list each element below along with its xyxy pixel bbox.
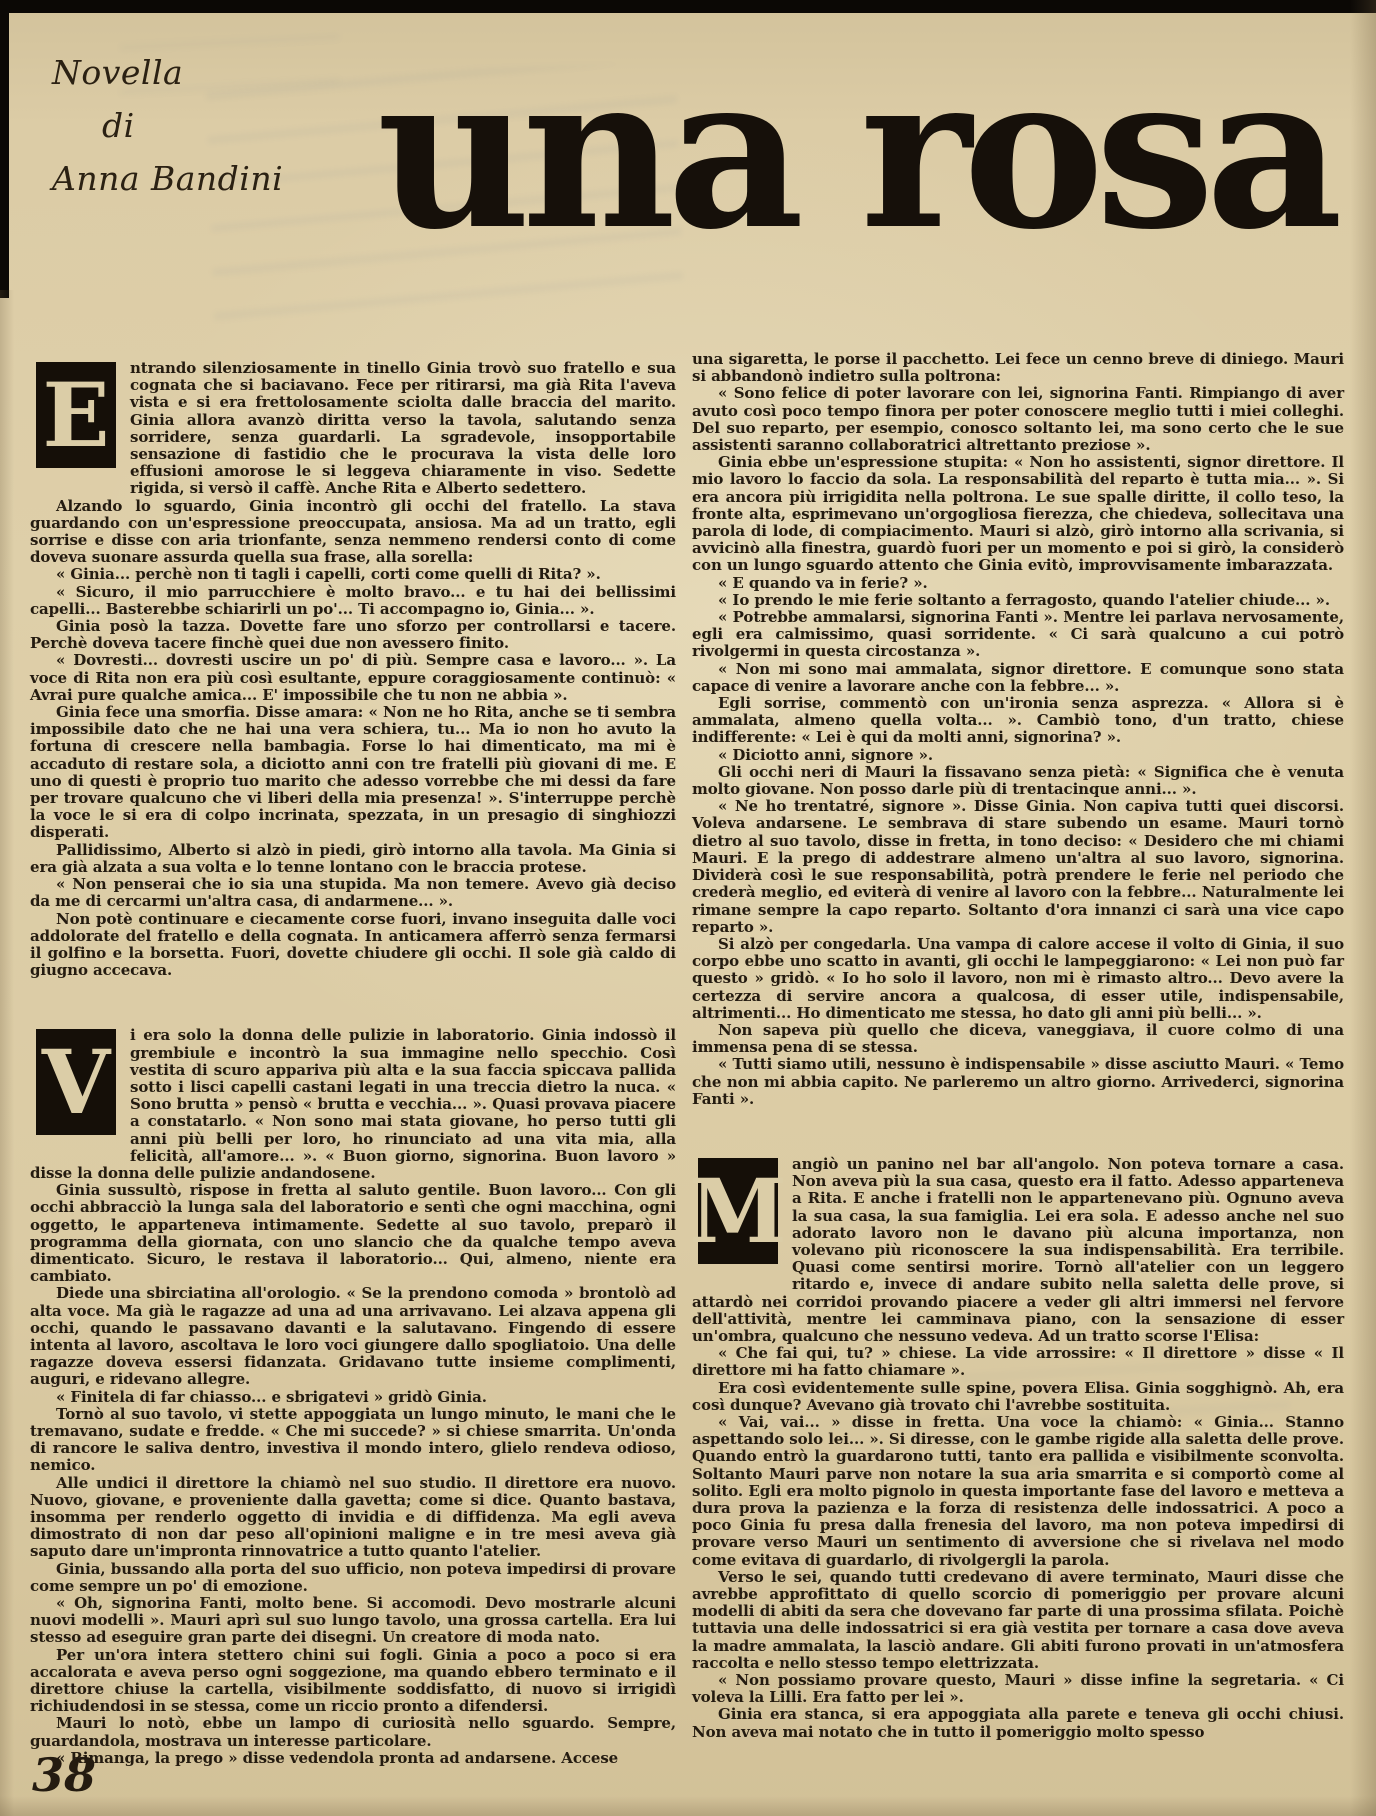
kicker-line: Novella <box>52 46 283 99</box>
paragraph: Gli occhi neri di Mauri la fissavano sen… <box>692 764 1344 798</box>
kicker-line: Anna Bandini <box>52 152 283 205</box>
paragraph: « Diciotto anni, signore ». <box>692 747 1344 764</box>
paragraph: Pallidissimo, Alberto si alzò in piedi, … <box>30 842 676 876</box>
paragraph: Mauri lo notò, ebbe un lampo di curiosit… <box>30 1715 676 1749</box>
story-section: Entrando silenziosamente in tinello Gini… <box>30 360 676 979</box>
paragraph: Ginia sussultò, rispose in fretta al sal… <box>30 1182 676 1285</box>
paragraph: « Oh, signorina Fanti, molto bene. Si ac… <box>30 1595 676 1647</box>
paragraph: « Ginia... perchè non ti tagli i capelli… <box>30 566 676 583</box>
drop-cap: V <box>30 1027 130 1148</box>
text-column-left: Entrando silenziosamente in tinello Gini… <box>30 360 676 1767</box>
drop-cap: E <box>30 360 130 481</box>
paragraph: Non sapeva più quello che diceva, vanegg… <box>692 1022 1344 1056</box>
paragraph: una sigaretta, le porse il pacchetto. Le… <box>692 351 1344 385</box>
paragraph: Diede una sbirciatina all'orologio. « Se… <box>30 1285 676 1388</box>
paragraph: « Io prendo le mie ferie soltanto a ferr… <box>692 592 1344 609</box>
paragraph: « Potrebbe ammalarsi, signorina Fanti ».… <box>692 609 1344 661</box>
magazine-page: Novella di Anna Bandini una rosa Entrand… <box>0 0 1376 1816</box>
page-number: 38 <box>32 1748 96 1802</box>
scan-right-shadow <box>1350 0 1376 1816</box>
story-section: Mangiò un panino nel bar all'angolo. Non… <box>692 1156 1344 1741</box>
paragraph: « Tutti siamo utili, nessuno è indispens… <box>692 1056 1344 1108</box>
story-title: una rosa <box>377 46 1334 258</box>
kicker-line: di <box>102 99 283 152</box>
paragraph: Alzando lo sguardo, Ginia incontrò gli o… <box>30 498 676 567</box>
paragraph: Ginia, bussando alla porta del suo uffic… <box>30 1561 676 1595</box>
drop-cap-letter: M <box>698 1158 778 1264</box>
drop-cap-letter: V <box>36 1029 116 1135</box>
paragraph: « Sono felice di poter lavorare con lei,… <box>692 385 1344 454</box>
story-section: una sigaretta, le porse il pacchetto. Le… <box>692 351 1344 1108</box>
paragraph: Ginia fece una smorfia. Disse amara: « N… <box>30 704 676 842</box>
paragraph: Non potè continuare e ciecamente corse f… <box>30 911 676 980</box>
paragraph: « Non possiamo provare questo, Mauri » d… <box>692 1672 1344 1706</box>
paragraph: « Ne ho trentatré, signore ». Disse Gini… <box>692 798 1344 936</box>
paragraph: Ginia era stanca, si era appoggiata alla… <box>692 1706 1344 1740</box>
paragraph: « Vai, vai... » disse in fretta. Una voc… <box>692 1414 1344 1569</box>
paragraph: « Sicuro, il mio parrucchiere è molto br… <box>30 584 676 618</box>
paragraph: Verso le sei, quando tutti credevano di … <box>692 1569 1344 1672</box>
paragraph: Si alzò per congedarla. Una vampa di cal… <box>692 936 1344 1022</box>
paragraph: « Finitela di far chiasso... e sbrigatev… <box>30 1389 676 1406</box>
paragraph: « Rimanga, la prego » disse vedendola pr… <box>30 1750 676 1767</box>
paragraph: Alle undici il direttore la chiamò nel s… <box>30 1475 676 1561</box>
story-kicker: Novella di Anna Bandini <box>52 46 283 205</box>
scan-left-edge <box>0 0 9 298</box>
text-column-right: una sigaretta, le porse il pacchetto. Le… <box>692 351 1344 1741</box>
drop-cap-letter: E <box>36 362 116 468</box>
scan-bottom-shadow <box>0 1796 1376 1816</box>
paragraph: Era così evidentemente sulle spine, pove… <box>692 1380 1344 1414</box>
story-section: Vi era solo la donna delle pulizie in la… <box>30 1027 676 1767</box>
paragraph: Per un'ora intera stettero chini sui fog… <box>30 1647 676 1716</box>
paragraph: Egli sorrise, commentò con un'ironia sen… <box>692 695 1344 747</box>
paragraph: « E quando va in ferie? ». <box>692 575 1344 592</box>
paragraph: Ginia ebbe un'espressione stupita: « Non… <box>692 454 1344 574</box>
paragraph: « Dovresti... dovresti uscire un po' di … <box>30 652 676 704</box>
drop-cap: M <box>692 1156 792 1277</box>
paragraph: Ginia posò la tazza. Dovette fare uno sf… <box>30 618 676 652</box>
paragraph: « Non penserai che io sia una stupida. M… <box>30 876 676 910</box>
scan-top-edge <box>0 0 1376 13</box>
scan-left-shadow <box>0 290 14 1816</box>
paragraph: « Che fai qui, tu? » chiese. La vide arr… <box>692 1345 1344 1379</box>
paragraph: « Non mi sono mai ammalata, signor diret… <box>692 661 1344 695</box>
paragraph: Tornò al suo tavolo, vi stette appoggiat… <box>30 1406 676 1475</box>
